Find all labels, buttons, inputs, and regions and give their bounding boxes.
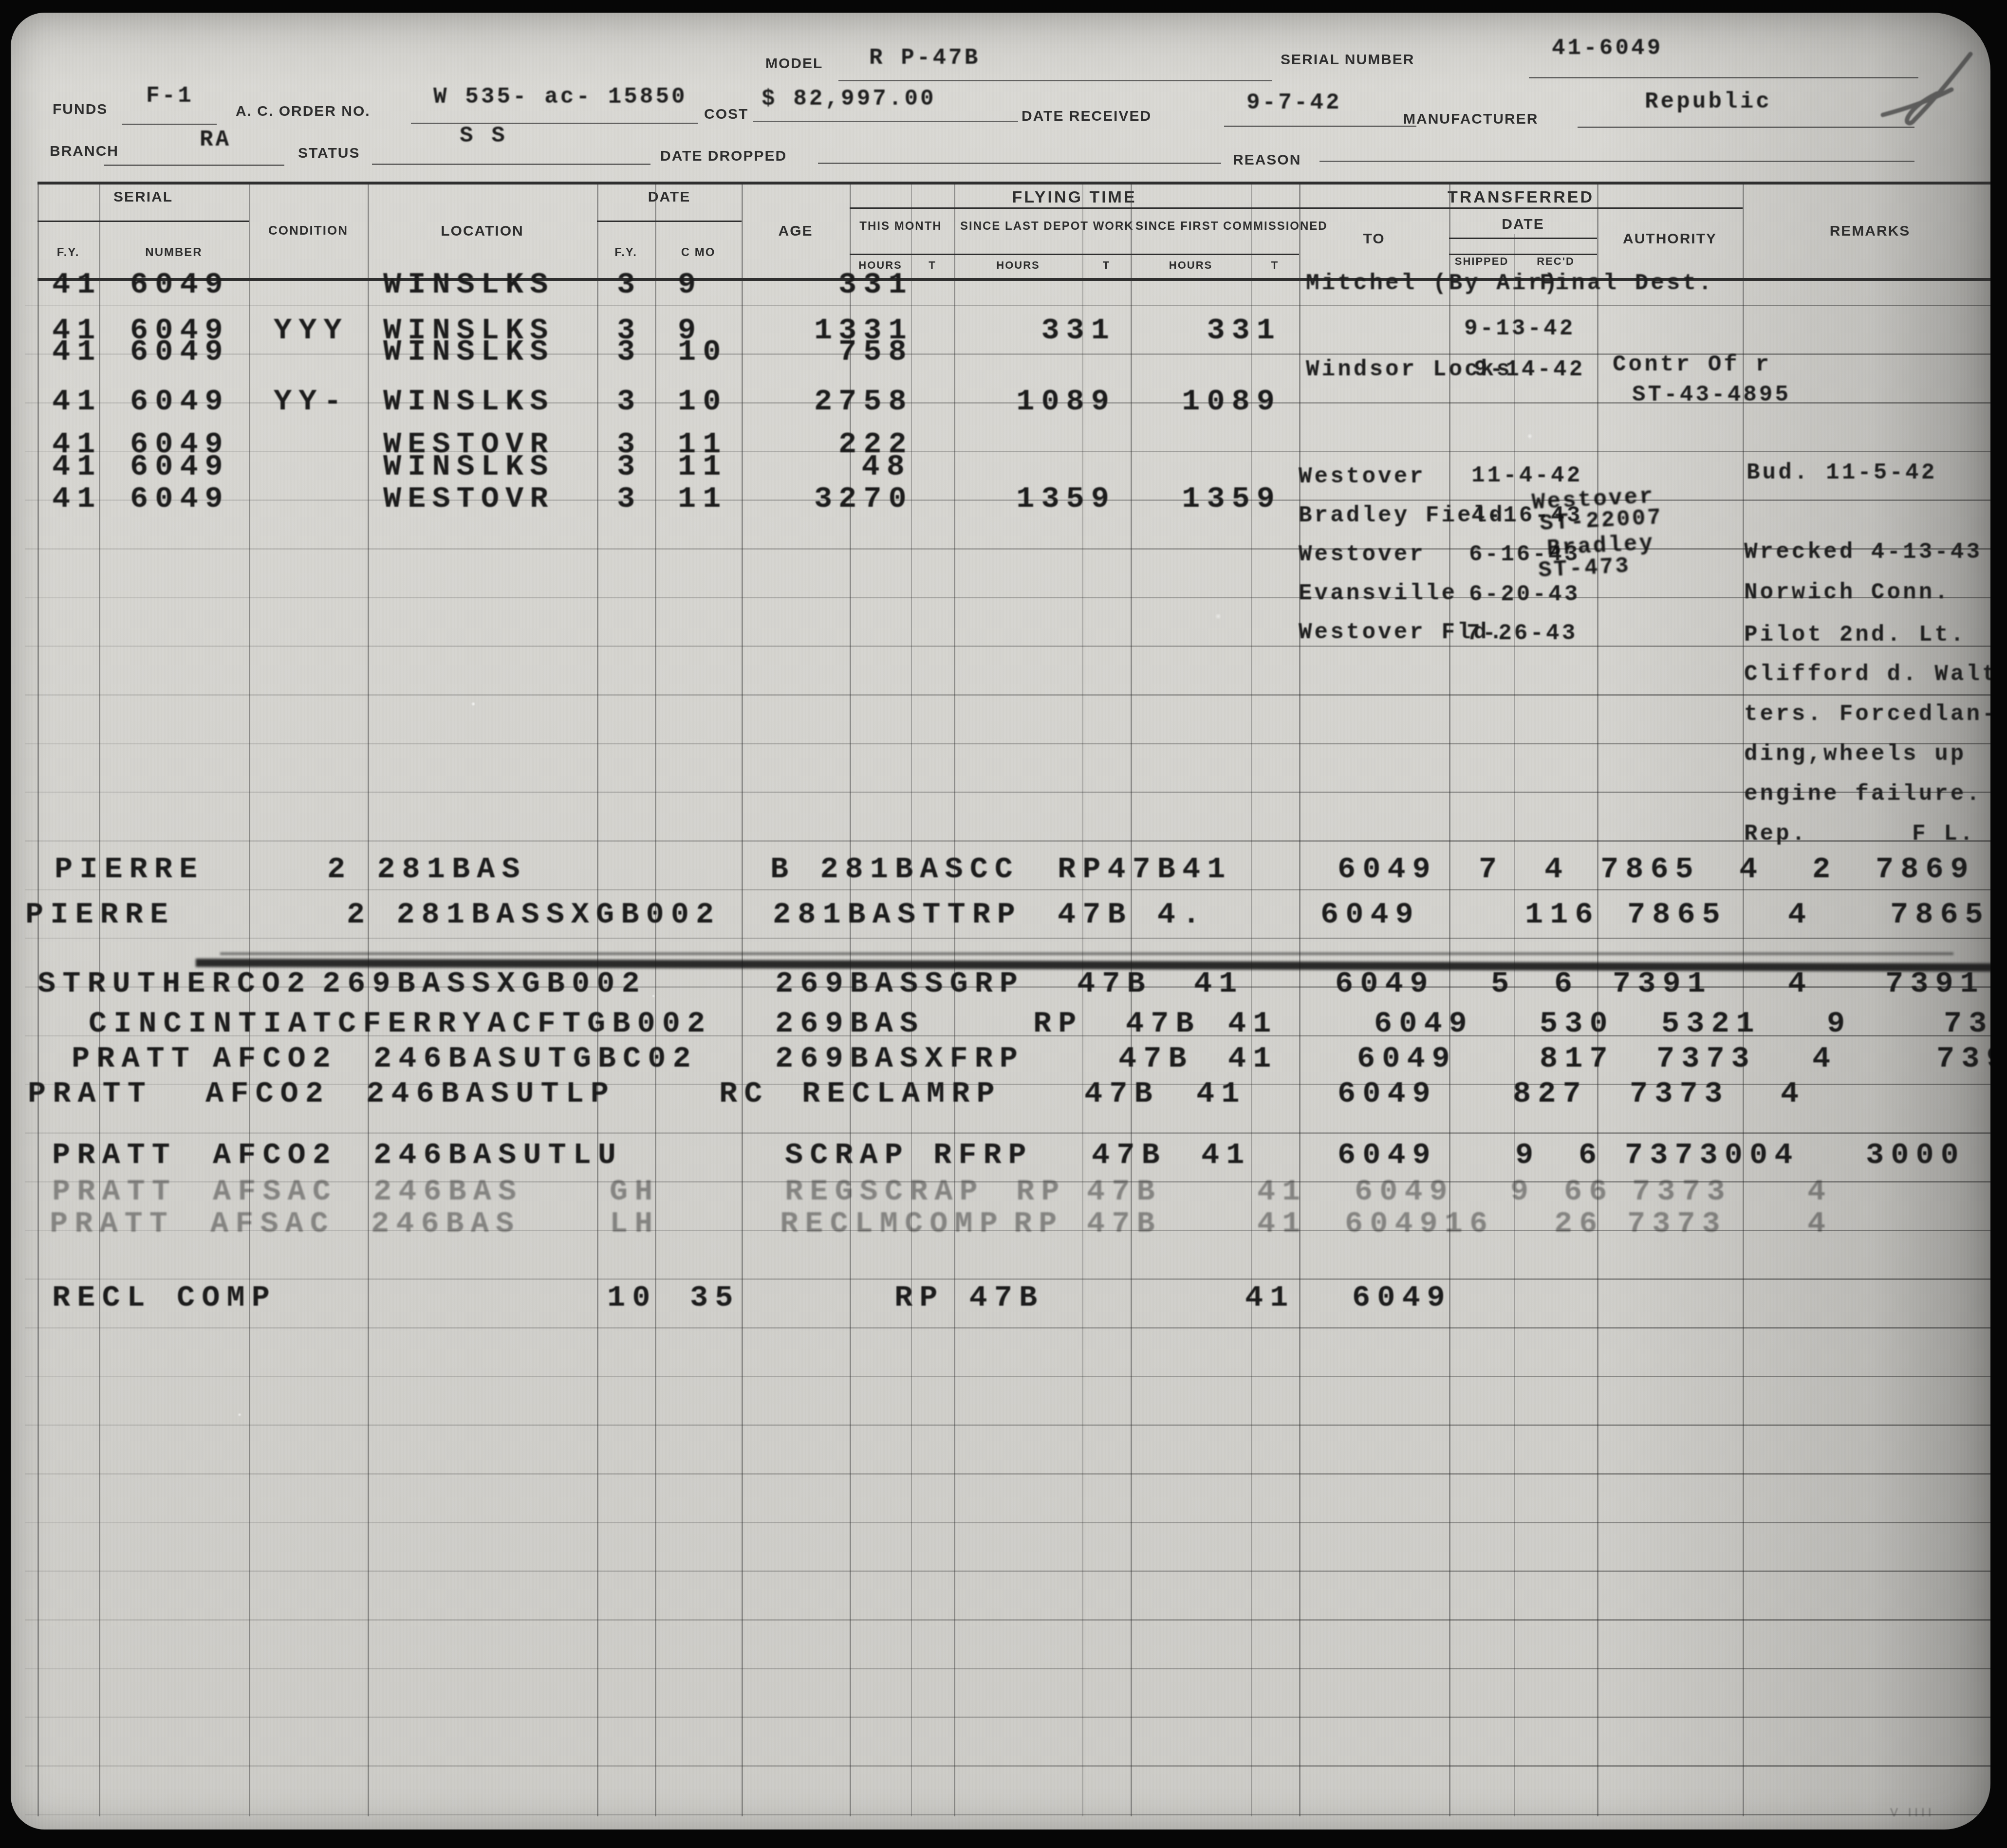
ledger-row-7-entry: AFCO2: [213, 1140, 337, 1170]
ledger-row-1-entry: RP47B41: [1058, 854, 1232, 885]
col-header-remarks: REMARKS: [1743, 223, 1990, 240]
transfer-7-remark: Norwich Conn.: [1744, 581, 1951, 604]
ledger-row-1-entry: PIERRE: [55, 854, 204, 885]
ledger-row-5-entry: 246BASUTGBC02: [373, 1044, 698, 1074]
row-4-location: WINSLKS: [383, 387, 554, 417]
row-6-this_month: 48: [838, 452, 911, 482]
grid-hline: [25, 1668, 1990, 1669]
form-underline: [1224, 126, 1416, 127]
status-value: S S: [460, 125, 507, 147]
row-1-d_fy: 3: [617, 270, 642, 300]
ledger-row-6-entry: RC: [719, 1079, 769, 1109]
row-7-location: WESTOVR: [383, 484, 554, 514]
manufacturer-value: Republic: [1645, 91, 1772, 113]
ledger-row-5-entry: PRATT: [72, 1044, 196, 1074]
ledger-row-1-entry: 2 281BAS: [327, 854, 527, 885]
ledger-row-9-entry: 604916: [1345, 1209, 1494, 1239]
table-border-line: [597, 221, 742, 222]
grid-hline: [25, 646, 1990, 647]
ledger-row-6-entry: 7373: [1630, 1079, 1729, 1109]
cost-value: $ 82,997.00: [762, 88, 936, 110]
transfer-8-remark: Pilot 2nd. Lt.: [1744, 624, 1966, 646]
ledger-row-1-entry: 7869: [1876, 854, 1975, 885]
ledger-row-4-entry: 7391: [1944, 1009, 1990, 1039]
remarks-line: Clifford d. Walte: [1744, 663, 1990, 685]
ledger-row-9-entry: LH: [610, 1209, 659, 1239]
row-1-location: WINSLKS: [383, 270, 554, 300]
ledger-row-1-entry: 6049: [1338, 854, 1437, 885]
grid-hline: [25, 1765, 1990, 1767]
row-3-d_fy: 3: [617, 337, 642, 367]
col-header-serial: SERIAL: [37, 189, 249, 205]
row-7-c_mo: 11: [678, 484, 727, 514]
cost-label: COST: [704, 106, 748, 123]
row-6-location: WINSLKS: [383, 452, 554, 482]
table-border-line: [850, 254, 1299, 255]
ledger-row-5-entry: 47B: [1118, 1044, 1193, 1074]
row-4-since_last: 1089: [994, 387, 1116, 417]
form-underline: [753, 121, 1018, 122]
grid-hline: [25, 1376, 1990, 1377]
col-header-t-3: T: [1251, 259, 1299, 272]
col-header-t-1: T: [911, 259, 954, 272]
ledger-row-1-entry: 4: [1544, 854, 1569, 885]
ledger-row-8-entry: REGSCRAP: [785, 1177, 985, 1207]
ledger-row-1-entry: 2: [1812, 854, 1837, 885]
ledger-row-3-entry: 6: [1554, 969, 1579, 999]
table-border-line: [37, 221, 249, 222]
film-frame-mark: V IIII: [1890, 1806, 1934, 1820]
row-7-age: 3: [814, 484, 839, 514]
microfilm-background: MODEL SERIAL NUMBER FUNDS A. C. ORDER NO…: [0, 0, 2007, 1848]
ledger-row-6-entry: PRATT: [28, 1079, 152, 1109]
col-header-fy: F.Y.: [37, 245, 99, 260]
col-header-t-2: T: [1082, 259, 1131, 272]
branch-value: RA: [200, 129, 231, 151]
manufacturer-label: MANUFACTURER: [1403, 111, 1538, 128]
ledger-row-7-entry: PRATT: [52, 1140, 177, 1170]
ledger-row-8-entry: RP: [1016, 1177, 1066, 1207]
col-header-location: LOCATION: [368, 223, 597, 240]
col-header-transferred: TRANSFERRED: [1299, 188, 1743, 207]
col-header-shipped: SHIPPED: [1449, 255, 1514, 268]
funds-label: FUNDS: [53, 101, 108, 118]
ledger-row-8-entry: 66: [1564, 1177, 1614, 1207]
ledger-row-1-entry: 7: [1479, 854, 1504, 885]
ledger-row-1-entry: 4: [1739, 854, 1764, 885]
ledger-row-2-entry: PIERRE: [25, 900, 175, 930]
aircraft-record-card: MODEL SERIAL NUMBER FUNDS A. C. ORDER NO…: [11, 13, 1990, 1830]
ledger-row-3-entry: 7391: [1885, 969, 1985, 999]
row-4-c_mo: 10: [678, 387, 727, 417]
ledger-row-4-entry: 530: [1540, 1009, 1615, 1039]
ledger-row-4-entry: 47B: [1126, 1009, 1201, 1039]
pen-scribble-mark: [1856, 42, 1990, 144]
ledger-row-6-entry: AFCO2: [205, 1079, 330, 1109]
ledger-row-7-entry: 7373004: [1625, 1140, 1799, 1170]
row-7-fy: 41: [52, 484, 102, 514]
table-border-line: [37, 182, 1990, 185]
ledger-row-5-entry: 6049: [1357, 1044, 1457, 1074]
row-4-condition: YY-: [274, 387, 349, 417]
ledger-row-8-entry: 9: [1510, 1177, 1535, 1207]
date-received-value: 9-7-42: [1246, 92, 1342, 114]
serial-number-value: 41-6049: [1552, 37, 1663, 59]
ledger-row-2-entry: 281BASTTRP: [773, 900, 1022, 930]
ledger-row-5-entry: 41: [1228, 1044, 1278, 1074]
grid-hline: [25, 889, 1990, 890]
ledger-row-8-entry: 41: [1257, 1177, 1307, 1207]
transfer-6-remark: Wrecked 4-13-43: [1744, 541, 1982, 563]
ledger-row-6-entry: 4: [1781, 1079, 1805, 1109]
ledger-row-10-entry: 6049: [1352, 1283, 1452, 1313]
form-underline: [104, 165, 284, 166]
ledger-row-3-entry: STRUTHERCO2: [37, 969, 312, 999]
grid-hline: [25, 1327, 1990, 1329]
row-4-this_month: 758: [838, 387, 911, 417]
row-7-since_last: 1359: [994, 484, 1116, 514]
col-header-since-first: SINCE FIRST COMMISSIONED: [1135, 219, 1296, 234]
grid-hline: [25, 1522, 1990, 1523]
ledger-row-9-entry: PRATT: [50, 1209, 174, 1239]
ledger-row-8-entry: 6049: [1355, 1177, 1454, 1207]
ledger-row-4-entry: 5321: [1661, 1009, 1761, 1039]
model-label: MODEL: [765, 55, 823, 72]
ledger-row-9-entry: 47B: [1087, 1209, 1162, 1239]
ledger-row-6-entry: 47B: [1084, 1079, 1159, 1109]
ledger-row-8-entry: PRATT: [52, 1177, 177, 1207]
ledger-row-3-entry: 5: [1491, 969, 1516, 999]
remarks-line: Rep.: [1744, 823, 1807, 845]
table-border-line: [1449, 254, 1597, 255]
smear-line: [220, 952, 1953, 955]
row-7-number: 6049: [130, 484, 230, 514]
ledger-row-9-entry: 246BAS: [371, 1209, 520, 1239]
col-header-transfer-date: DATE: [1449, 216, 1597, 233]
form-underline: [838, 80, 1272, 81]
row-1-c_mo: 9: [678, 270, 703, 300]
ledger-row-10-entry: RECL COMP: [52, 1283, 277, 1313]
transfer-4-shipped: 11-4-42: [1471, 464, 1582, 487]
ledger-row-2-entry: 4: [1788, 900, 1813, 930]
ledger-row-9-entry: 41: [1257, 1209, 1307, 1239]
ledger-row-9-entry: 26: [1554, 1209, 1604, 1239]
ledger-row-7-entry: 246BASUTLU: [373, 1140, 623, 1170]
remarks-line: engine failure.: [1744, 783, 1982, 805]
ledger-row-10-entry: RP 47B: [894, 1283, 1044, 1313]
transfer-3-shipped: 9-14-42: [1474, 358, 1585, 381]
row-7-d_fy: 3: [617, 484, 642, 514]
grid-hline: [25, 1571, 1990, 1572]
col-header-date: DATE: [597, 189, 742, 205]
ledger-row-7-entry: 41: [1201, 1140, 1251, 1170]
stamp-line: ST-473: [1538, 554, 1631, 584]
ledger-row-5-entry: 269BASXFRP: [775, 1044, 1024, 1074]
col-header-condition: CONDITION: [249, 223, 368, 238]
ledger-row-5-entry: 7373: [1656, 1044, 1756, 1074]
col-header-hours-3: HOURS: [1131, 259, 1251, 272]
row-4-fy: 41: [52, 387, 102, 417]
grid-hline: [25, 694, 1990, 696]
ledger-row-5-entry: 4: [1812, 1044, 1837, 1074]
transfer-3-authority: Contr Of r: [1613, 353, 1771, 376]
row-6-fy: 41: [52, 452, 102, 482]
row-4-number: 6049: [130, 387, 230, 417]
transfer-6-to: Westover: [1299, 543, 1426, 566]
col-header-flying-time: FLYING TIME: [850, 188, 1299, 207]
ac-order-no-value: W 535- ac- 15850: [433, 86, 688, 108]
ledger-row-7-entry: 6049: [1338, 1140, 1437, 1170]
ledger-row-10-entry: 41: [1245, 1283, 1295, 1313]
transfer-1-to: Mitchel (By Air): [1306, 272, 1560, 295]
date-dropped-label: DATE DROPPED: [660, 148, 787, 165]
transfer-8-shipped: 7-26-43: [1467, 622, 1578, 645]
remarks-line: ding,wheels up: [1744, 743, 1966, 765]
transfer-1-note: Final Dest.: [1540, 272, 1714, 295]
ledger-row-7-entry: 6: [1579, 1140, 1603, 1170]
col-header-this-month: THIS MONTH: [855, 219, 947, 234]
table-border-line: [850, 207, 1743, 209]
remarks-line: F L.: [1912, 823, 1975, 845]
col-header-c-mo: C MO: [655, 245, 742, 260]
row-1-fy: 41: [52, 270, 102, 300]
row-4-since_first: 1089: [1155, 387, 1282, 417]
ledger-row-5-entry: AFCO2: [213, 1044, 337, 1074]
model-value: R P-47B: [869, 47, 980, 69]
grid-hline: [25, 743, 1990, 744]
transfer-4-remark: Bud. 11-5-42: [1747, 462, 1937, 484]
ledger-row-8-entry: 7373: [1632, 1177, 1732, 1207]
form-underline: [122, 124, 217, 125]
ledger-row-7-entry: 3000: [1866, 1140, 1966, 1170]
serial-number-label: SERIAL NUMBER: [1281, 52, 1414, 68]
date-received-label: DATE RECEIVED: [1022, 108, 1152, 125]
ledger-row-9-entry: 7373: [1627, 1209, 1727, 1239]
status-label: STATUS: [298, 145, 360, 162]
ledger-row-4-entry: 269BAS: [775, 1009, 925, 1039]
transfer-7-to: Evansville: [1299, 582, 1457, 605]
row-1-number: 6049: [130, 270, 230, 300]
ledger-row-3-entry: 4: [1788, 969, 1813, 999]
ledger-row-6-entry: 6049: [1338, 1079, 1437, 1109]
ledger-row-6-entry: 246BASUTLP: [366, 1079, 615, 1109]
ledger-row-6-entry: 41: [1196, 1079, 1246, 1109]
col-header-number: NUMBER: [99, 245, 249, 260]
ledger-row-5-entry: 817: [1540, 1044, 1615, 1074]
ledger-row-9-entry: RP: [1014, 1209, 1063, 1239]
row-6-number: 6049: [130, 452, 230, 482]
ledger-row-3-entry: 7391: [1613, 969, 1712, 999]
grid-hline: [25, 1473, 1990, 1475]
ledger-row-3-entry: 47B: [1077, 969, 1152, 999]
ledger-row-1-entry: 7865: [1600, 854, 1700, 885]
ledger-row-3-entry: 269BASSXGB002: [322, 969, 647, 999]
form-underline: [818, 163, 1221, 164]
row-3-c_mo: 10: [678, 337, 727, 367]
grid-hline: [25, 305, 1990, 306]
row-2-since_first: 331: [1155, 315, 1282, 346]
ledger-row-4-entry: 41: [1228, 1009, 1278, 1039]
ledger-row-1-entry: B 281BASCC: [770, 854, 1020, 885]
ledger-row-4-entry: RP: [1033, 1009, 1083, 1039]
col-header-hours-2: HOURS: [954, 259, 1082, 272]
col-header-recd: REC'D: [1514, 255, 1597, 268]
row-3-number: 6049: [130, 337, 230, 367]
ledger-row-2-entry: 2 281BASSXGB002: [347, 900, 721, 930]
transfer-3-authority2: ST-43-4895: [1632, 384, 1791, 406]
row-6-c_mo: 11: [678, 452, 727, 482]
col-header-since-last: SINCE LAST DEPOT WORK: [960, 219, 1126, 234]
grid-hline: [25, 1619, 1990, 1621]
row-1-this_month: 331: [838, 270, 911, 300]
ledger-row-3-entry: 269BASSGRP: [775, 969, 1024, 999]
ledger-row-6-entry: 827: [1513, 1079, 1588, 1109]
col-header-authority: AUTHORITY: [1597, 231, 1743, 247]
ledger-row-4-entry: 9: [1827, 1009, 1852, 1039]
remarks-line: ters. Forcedlan-: [1744, 703, 1990, 725]
row-4-age: 2: [814, 387, 839, 417]
ledger-row-7-entry: 9: [1515, 1140, 1540, 1170]
grid-hline: [25, 792, 1990, 793]
col-header-date-fy: F.Y.: [597, 245, 655, 260]
ledger-row-10-entry: 10: [607, 1283, 657, 1313]
grid-hline: [25, 597, 1990, 598]
reason-label: REASON: [1233, 152, 1301, 168]
ledger-row-10-entry: 35: [690, 1283, 740, 1313]
row-6-d_fy: 3: [617, 452, 642, 482]
grid-hline: [25, 840, 1990, 842]
row-3-fy: 41: [52, 337, 102, 367]
ledger-row-8-entry: 246BAS: [373, 1177, 523, 1207]
ledger-row-6-entry: RECLAMRP: [802, 1079, 1002, 1109]
row-3-this_month: 758: [838, 337, 911, 367]
ledger-row-3-entry: 41: [1194, 969, 1244, 999]
table-border-line: [1449, 238, 1597, 239]
form-underline: [372, 164, 650, 165]
ledger-row-8-entry: 47B: [1087, 1177, 1162, 1207]
ledger-row-8-entry: GH: [610, 1177, 659, 1207]
transfer-4-to: Westover: [1299, 465, 1426, 488]
row-4-d_fy: 3: [617, 387, 642, 417]
ledger-row-8-entry: 4: [1807, 1177, 1832, 1207]
ledger-row-2-entry: 6049: [1320, 900, 1420, 930]
ledger-row-7-entry: RFRP: [933, 1140, 1033, 1170]
grid-hline: [25, 1424, 1990, 1426]
authority-stamp: Westover ST-22007 Bradley ST-473: [1531, 481, 1702, 592]
row-2-since_last: 331: [994, 315, 1116, 346]
grid-hline: [25, 938, 1990, 939]
row-2-condition: YYY: [274, 315, 349, 346]
ledger-row-4-entry: CINCINTIATCFERRYACFTGB002: [89, 1009, 712, 1039]
branch-label: BRANCH: [50, 143, 119, 160]
ledger-row-2-entry: 47B 4.: [1058, 900, 1207, 930]
ledger-row-2-entry: 116: [1525, 900, 1600, 930]
grid-hline: [25, 451, 1990, 452]
grid-hline: [25, 1132, 1990, 1134]
ledger-row-2-entry: 7865: [1890, 900, 1990, 930]
grid-hline: [25, 1814, 1990, 1815]
ledger-row-9-entry: AFSAC: [210, 1209, 335, 1239]
row-2-age: 1: [814, 315, 839, 346]
ledger-row-9-entry: 4: [1807, 1209, 1832, 1239]
col-header-to: TO: [1299, 231, 1449, 247]
row-7-since_first: 1359: [1155, 484, 1282, 514]
col-header-age: AGE: [742, 223, 850, 240]
ledger-row-5-entry: 7391: [1936, 1044, 1990, 1074]
ledger-row-9-entry: RECLMCOMP: [780, 1209, 1004, 1239]
ledger-row-2-entry: 7865: [1627, 900, 1727, 930]
form-underline: [1319, 161, 1914, 162]
ledger-row-8-entry: AFSAC: [213, 1177, 337, 1207]
grid-hline: [25, 1717, 1990, 1718]
ledger-row-7-entry: SCRAP: [785, 1140, 910, 1170]
ledger-row-3-entry: 6049: [1335, 969, 1435, 999]
ledger-row-7-entry: 47B: [1092, 1140, 1167, 1170]
grid-hline: [25, 1278, 1990, 1280]
row-7-this_month: 270: [838, 484, 911, 514]
ledger-row-4-entry: 6049: [1374, 1009, 1474, 1039]
row-3-location: WINSLKS: [383, 337, 554, 367]
funds-value: F-1: [146, 85, 194, 107]
ac-order-no-label: A. C. ORDER NO.: [236, 103, 371, 120]
form-underline: [411, 123, 698, 124]
transfer-2-shipped: 9-13-42: [1464, 317, 1575, 340]
